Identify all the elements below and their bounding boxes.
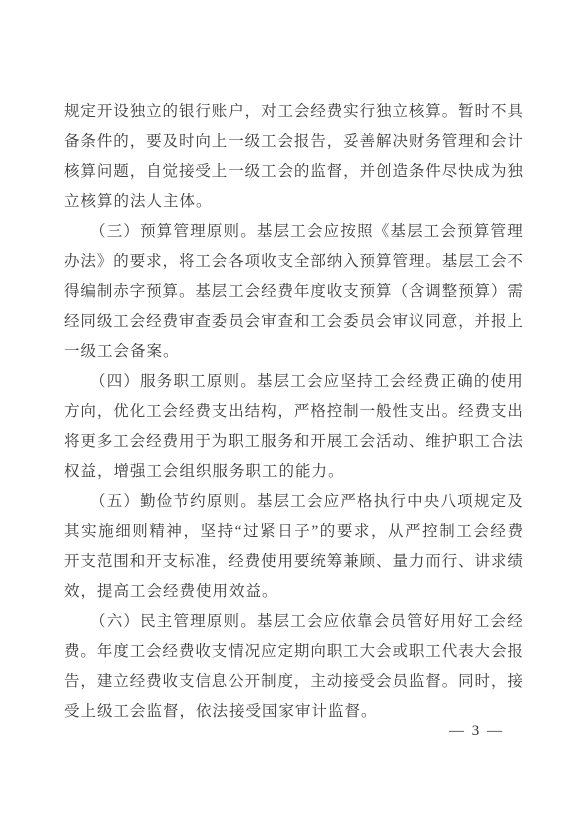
text-line: 方向，优化工会经费支出结构，严格控制一般性支出。经费支出 [64, 397, 523, 427]
page-number: — 3 — [449, 720, 504, 742]
text-line: 核算问题，自觉接受上一级工会的监督，并创造条件尽快成为独 [64, 157, 523, 187]
text-line: （五）勤俭节约原则。基层工会应严格执行中央八项规定及 [64, 487, 523, 517]
text-line: 立核算的法人主体。 [64, 187, 523, 217]
text-line: 一级工会备案。 [64, 337, 523, 367]
text-line: 费。年度工会经费收支情况应定期向职工大会或职工代表大会报 [64, 637, 523, 667]
text-line: （四）服务职工原则。基层工会应坚持工会经费正确的使用 [64, 367, 523, 397]
paragraph: （四）服务职工原则。基层工会应坚持工会经费正确的使用 方向，优化工会经费支出结构… [64, 367, 523, 487]
text-line: 开支范围和开支标准，经费使用要统筹兼顾、量力而行、讲求绩 [64, 547, 523, 577]
paragraph: （五）勤俭节约原则。基层工会应严格执行中央八项规定及 其实施细则精神，坚持“过紧… [64, 487, 523, 607]
text-line: 规定开设独立的银行账户，对工会经费实行独立核算。暂时不具 [64, 97, 523, 127]
paragraph: （三）预算管理原则。基层工会应按照《基层工会预算管理 办法》的要求，将工会各项收… [64, 217, 523, 367]
text-line: 将更多工会经费用于为职工服务和开展工会活动、维护职工合法 [64, 427, 523, 457]
text-line: 告，建立经费收支信息公开制度，主动接受会员监督。同时，接 [64, 667, 523, 697]
text-line: 其实施细则精神，坚持“过紧日子”的要求，从严控制工会经费 [64, 517, 523, 547]
paragraph: 规定开设独立的银行账户，对工会经费实行独立核算。暂时不具 备条件的，要及时向上一… [64, 97, 523, 217]
paragraph: （六）民主管理原则。基层工会应依靠会员管好用好工会经 费。年度工会经费收支情况应… [64, 607, 523, 727]
text-line: 效，提高工会经费使用效益。 [64, 577, 523, 607]
document-body: 规定开设独立的银行账户，对工会经费实行独立核算。暂时不具 备条件的，要及时向上一… [64, 97, 523, 727]
text-line: 办法》的要求，将工会各项收支全部纳入预算管理。基层工会不 [64, 247, 523, 277]
text-line: 备条件的，要及时向上一级工会报告，妥善解决财务管理和会计 [64, 127, 523, 157]
text-line: 权益，增强工会组织服务职工的能力。 [64, 457, 523, 487]
text-line: （六）民主管理原则。基层工会应依靠会员管好用好工会经 [64, 607, 523, 637]
document-page: 规定开设独立的银行账户，对工会经费实行独立核算。暂时不具 备条件的，要及时向上一… [0, 0, 576, 816]
text-line: 得编制赤字预算。基层工会经费年度收支预算（含调整预算）需 [64, 277, 523, 307]
text-line: 经同级工会经费审查委员会审查和工会委员会审议同意，并报上 [64, 307, 523, 337]
text-line: （三）预算管理原则。基层工会应按照《基层工会预算管理 [64, 217, 523, 247]
